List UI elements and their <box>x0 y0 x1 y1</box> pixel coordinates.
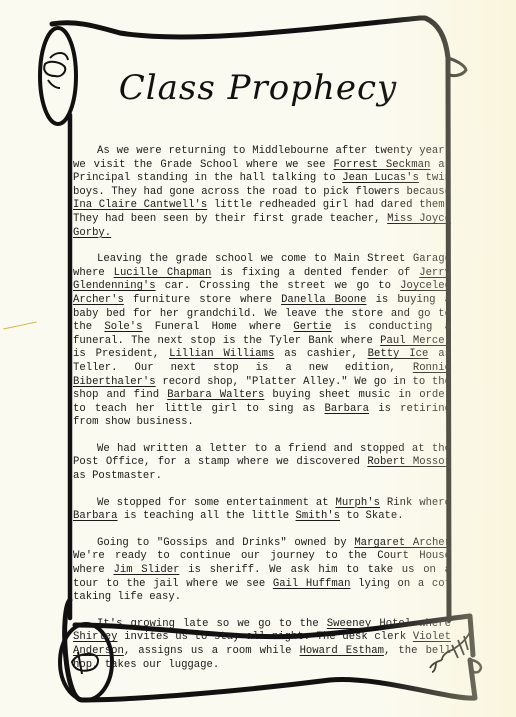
paragraph: We stopped for some entertainment at Mur… <box>73 497 451 524</box>
underlined-name: Sweeney <box>327 618 372 630</box>
underlined-name: Robert Mossor <box>367 456 451 468</box>
underlined-name: Betty Ice <box>368 348 429 360</box>
text-segment: furniture store where <box>124 294 281 306</box>
underlined-name: Ina Claire Cantwell's <box>73 199 207 211</box>
underlined-name: Barbara Walters <box>167 389 264 401</box>
underlined-name: Smith's <box>296 510 341 522</box>
underlined-name: Danella Boone <box>281 294 366 306</box>
prophecy-text: As we were returning to Middlebourne aft… <box>73 145 451 685</box>
text-segment: It's growing late so we go to the <box>97 618 327 630</box>
paragraph: It's growing late so we go to the Sweene… <box>73 618 451 672</box>
underlined-name: Barbara <box>325 403 370 415</box>
underlined-name: Gail Huffman <box>273 578 351 590</box>
underlined-name: Jim Slider <box>114 564 180 576</box>
paragraph: We had written a letter to a friend and … <box>73 443 451 484</box>
yearbook-page: Class Prophecy As we were returning to M… <box>0 0 516 717</box>
text-segment: as Postmaster. <box>73 470 162 482</box>
underlined-name: Margaret Archer <box>354 537 451 549</box>
paragraph: As we were returning to Middlebourne aft… <box>73 145 451 240</box>
underlined-name: Barbara <box>73 510 118 522</box>
underlined-name: Shirley <box>73 631 118 643</box>
underlined-name: Lillian Williams <box>169 348 274 360</box>
text-segment: Funeral Home where <box>143 321 294 333</box>
underlined-name: Sole's <box>104 321 142 333</box>
underlined-name: Paul Mercer <box>380 335 451 347</box>
text-segment: to Skate. <box>340 510 404 522</box>
underlined-name: Murph's <box>335 497 380 509</box>
underlined-name: Lucille Chapman <box>114 267 212 279</box>
underlined-name: Forrest Seckman <box>333 159 430 171</box>
text-segment: Rink where <box>380 497 451 509</box>
paragraph: Leaving the grade school we come to Main… <box>73 253 451 430</box>
underlined-name: Howard Estham <box>300 645 384 657</box>
underlined-name: Gertie <box>293 321 331 333</box>
text-segment: is President, <box>73 348 169 360</box>
text-segment: is teaching all the little <box>118 510 296 522</box>
text-segment: We stopped for some entertainment at <box>97 497 335 509</box>
page-title: Class Prophecy <box>0 68 516 108</box>
text-segment: Going to "Gossips and Drinks" owned by <box>97 537 354 549</box>
underlined-name: Jean Lucas's <box>342 172 419 184</box>
text-segment: car. Crossing the street we go to <box>156 280 400 292</box>
text-segment: invites us to stay all night. The desk c… <box>118 631 413 643</box>
text-segment: is fixing a dented fender of <box>211 267 419 279</box>
paragraph: Going to "Gossips and Drinks" owned by M… <box>73 537 451 605</box>
text-segment: as cashier, <box>274 348 367 360</box>
text-segment: Hotel where <box>371 618 451 630</box>
text-segment: , assigns us a room while <box>124 645 300 657</box>
